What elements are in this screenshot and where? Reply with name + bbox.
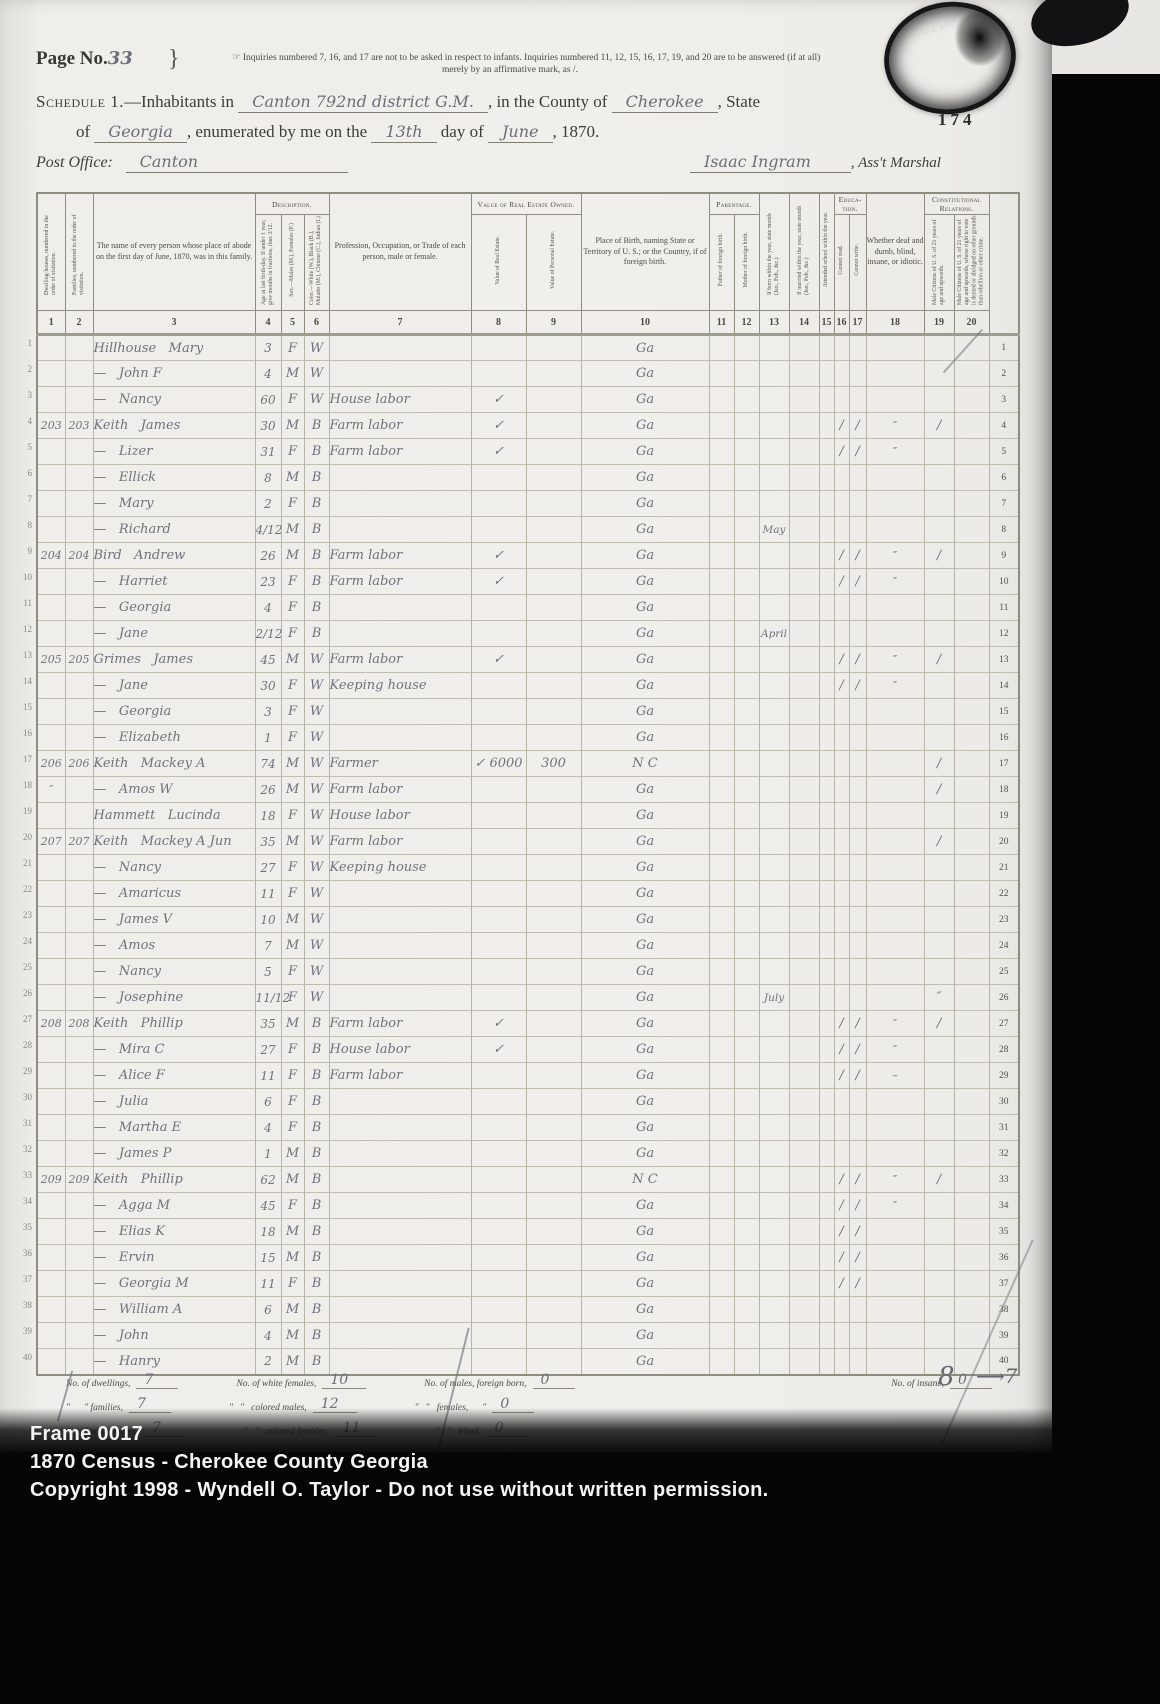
cell-c15	[819, 985, 834, 1011]
table-row: — Ervin15MBGa//36	[37, 1245, 1019, 1271]
schedule-line-2: of Georgia, enumerated by me on the 13th…	[76, 122, 599, 142]
cell-d	[37, 595, 65, 621]
cell-c19	[924, 1323, 954, 1349]
cell-d	[37, 1037, 65, 1063]
cell-re	[471, 673, 526, 699]
cell-c14	[789, 725, 819, 751]
cell-f	[65, 1323, 93, 1349]
cell-c12	[734, 543, 759, 569]
cell-c18	[866, 1219, 924, 1245]
cell-occ	[329, 361, 471, 387]
cell-c20	[954, 1089, 989, 1115]
cell-cl: W	[304, 673, 329, 699]
table-header: Dwelling-houses, numbered in the order o…	[37, 193, 1019, 335]
cell-sx: F	[281, 959, 304, 985]
cell-name: Keith Phillip	[93, 1011, 255, 1037]
cell-c14	[789, 959, 819, 985]
line-number-right: 24	[989, 933, 1019, 959]
cell-cl: B	[304, 1089, 329, 1115]
cell-c17	[849, 387, 866, 413]
cell-c17: /	[849, 1245, 866, 1271]
cell-c14	[789, 1141, 819, 1167]
cell-sx: F	[281, 1271, 304, 1297]
cell-re	[471, 1193, 526, 1219]
cell-age: 4/12	[255, 517, 281, 543]
cell-age: 4	[255, 1323, 281, 1349]
cell-c15	[819, 1167, 834, 1193]
cell-c19: /	[924, 1167, 954, 1193]
cell-bp: N C	[581, 751, 709, 777]
cell-c20	[954, 777, 989, 803]
cell-c18	[866, 595, 924, 621]
cell-d	[37, 439, 65, 465]
cell-pe	[526, 361, 581, 387]
cell-f	[65, 439, 93, 465]
cell-c11	[709, 413, 734, 439]
cell-re	[471, 907, 526, 933]
cell-re: ✓	[471, 1011, 526, 1037]
cell-c11	[709, 933, 734, 959]
header-name: The name of every person whose place of …	[93, 193, 255, 311]
line-number-right: 30	[989, 1089, 1019, 1115]
cell-c17	[849, 751, 866, 777]
cell-bp: Ga	[581, 933, 709, 959]
cell-c13	[759, 1245, 789, 1271]
cell-c17: /	[849, 439, 866, 465]
cell-c20	[954, 387, 989, 413]
cell-c17	[849, 1089, 866, 1115]
table-row: — Georgia M11FBGa//37	[37, 1271, 1019, 1297]
cell-c11	[709, 1011, 734, 1037]
table-row: — Harriet23FBFarm labor✓Ga//″10	[37, 569, 1019, 595]
cell-c18: ″	[866, 1037, 924, 1063]
cell-sx: F	[281, 673, 304, 699]
cell-bp: N C	[581, 1167, 709, 1193]
cell-pe	[526, 387, 581, 413]
cell-c11	[709, 1193, 734, 1219]
cell-pe	[526, 1271, 581, 1297]
header-personal-estate: Value of Personal Estate.	[526, 215, 581, 311]
line-number-left: 34	[18, 1188, 32, 1214]
cell-c20	[954, 1167, 989, 1193]
line-number-right: 32	[989, 1141, 1019, 1167]
cell-occ	[329, 491, 471, 517]
cell-pe	[526, 1323, 581, 1349]
cell-c16: /	[834, 543, 849, 569]
cell-c12	[734, 595, 759, 621]
line-number-right: 4	[989, 413, 1019, 439]
cell-sx: M	[281, 465, 304, 491]
cell-c12	[734, 387, 759, 413]
cell-age: 23	[255, 569, 281, 595]
cell-cl: W	[304, 933, 329, 959]
cell-d	[37, 985, 65, 1011]
table-row: — Josephine11/12FWGaJuly″26	[37, 985, 1019, 1011]
line-number-left: 13	[18, 642, 32, 668]
line-number-right: 5	[989, 439, 1019, 465]
cell-c11	[709, 387, 734, 413]
cell-name: — Nancy	[93, 959, 255, 985]
cell-c12	[734, 439, 759, 465]
line-number-right: 2	[989, 361, 1019, 387]
cell-c18: ″	[866, 1167, 924, 1193]
cell-c15	[819, 751, 834, 777]
cell-c16	[834, 725, 849, 751]
header-sex: Sex.—Males (M.), Females (F.)	[281, 215, 304, 311]
cell-c15	[819, 1245, 834, 1271]
cell-age: 11	[255, 881, 281, 907]
pencil-scribble: 8	[938, 1362, 955, 1392]
cell-name: — Mary	[93, 491, 255, 517]
cell-occ	[329, 465, 471, 491]
cell-c20	[954, 855, 989, 881]
cell-c13	[759, 1037, 789, 1063]
cell-re	[471, 465, 526, 491]
cell-f	[65, 1349, 93, 1375]
cell-f: 207	[65, 829, 93, 855]
cell-occ	[329, 1323, 471, 1349]
line-number-left: 14	[18, 668, 32, 694]
column-number: 14	[789, 311, 819, 335]
cell-re: ✓	[471, 543, 526, 569]
line-number-left: 19	[18, 798, 32, 824]
post-office-handwritten: Canton	[126, 152, 348, 173]
cell-d	[37, 517, 65, 543]
cell-re	[471, 335, 526, 361]
postal-stamp: SEP	[877, 0, 1023, 123]
line-number-left: 31	[18, 1110, 32, 1136]
cell-c12	[734, 1115, 759, 1141]
line-number-left: 2	[18, 356, 32, 382]
cell-name: Grimes James	[93, 647, 255, 673]
cell-c18	[866, 777, 924, 803]
table-row: — John F4MWGa2	[37, 361, 1019, 387]
cell-c14	[789, 387, 819, 413]
line-number-right: 28	[989, 1037, 1019, 1063]
line-number-left: 22	[18, 876, 32, 902]
cell-f	[65, 699, 93, 725]
cell-occ: Farm labor	[329, 1011, 471, 1037]
cell-c17: /	[849, 1011, 866, 1037]
cell-c13: April	[759, 621, 789, 647]
header-born-month: If born within the year, state month (Ja…	[759, 193, 789, 311]
cell-pe	[526, 829, 581, 855]
table-body: Hillhouse Mary3FWGa1— John F4MWGa2— Nanc…	[37, 335, 1019, 1375]
cell-c18	[866, 517, 924, 543]
header-real-estate: Value of Real Estate.	[471, 215, 526, 311]
cell-c16: /	[834, 1219, 849, 1245]
cell-c18: ″	[866, 439, 924, 465]
line-number-left: 23	[18, 902, 32, 928]
cell-c13	[759, 361, 789, 387]
header-group-value: Value of Real Estate Owned.	[471, 193, 581, 215]
cell-bp: Ga	[581, 491, 709, 517]
left-line-number-rail: 1234567891011121314151617181920212223242…	[18, 330, 32, 1370]
cell-bp: Ga	[581, 1323, 709, 1349]
cell-c17	[849, 777, 866, 803]
cell-d	[37, 1271, 65, 1297]
cell-f	[65, 777, 93, 803]
cell-bp: Ga	[581, 647, 709, 673]
cell-cl: B	[304, 1271, 329, 1297]
cell-c20	[954, 1245, 989, 1271]
cell-c19	[924, 881, 954, 907]
cell-name: Hillhouse Mary	[93, 335, 255, 361]
cell-c11	[709, 439, 734, 465]
cell-c20	[954, 803, 989, 829]
tally-label: No. of insane,	[891, 1379, 944, 1389]
cell-c16	[834, 855, 849, 881]
cell-c19: /	[924, 829, 954, 855]
cell-c19	[924, 517, 954, 543]
cell-cl: B	[304, 1349, 329, 1375]
table-row: — Georgia4FBGa11	[37, 595, 1019, 621]
cell-c20	[954, 439, 989, 465]
cell-occ	[329, 881, 471, 907]
cell-c13	[759, 1271, 789, 1297]
cell-age: 35	[255, 829, 281, 855]
cell-c20	[954, 1141, 989, 1167]
cell-c20	[954, 491, 989, 517]
line-number-left: 40	[18, 1344, 32, 1370]
cell-cl: W	[304, 803, 329, 829]
cell-c19	[924, 1245, 954, 1271]
cell-c14	[789, 439, 819, 465]
cell-name: — Ellick	[93, 465, 255, 491]
cell-name: — Lizer	[93, 439, 255, 465]
cell-pe	[526, 699, 581, 725]
cell-pe	[526, 1141, 581, 1167]
cell-c19	[924, 855, 954, 881]
line-number-right: 19	[989, 803, 1019, 829]
cell-name: — Richard	[93, 517, 255, 543]
cell-re	[471, 1141, 526, 1167]
cell-d	[37, 933, 65, 959]
cell-bp: Ga	[581, 1037, 709, 1063]
cell-re	[471, 361, 526, 387]
cell-cl: W	[304, 361, 329, 387]
cell-c17: /	[849, 647, 866, 673]
line-number-right: 14	[989, 673, 1019, 699]
cell-occ: Farm labor	[329, 777, 471, 803]
cell-c13	[759, 699, 789, 725]
header-male-citizens-denied: Male Citizens of U. S. of 21 years of ag…	[954, 215, 989, 311]
cell-c16	[834, 1115, 849, 1141]
cell-occ	[329, 621, 471, 647]
cell-c18	[866, 465, 924, 491]
cell-c12	[734, 1193, 759, 1219]
cell-name: — John F	[93, 361, 255, 387]
cell-c17: /	[849, 569, 866, 595]
header-group-description: Description.	[255, 193, 329, 215]
table-row: — Elizabeth1FWGa16	[37, 725, 1019, 751]
cell-occ	[329, 985, 471, 1011]
cell-cl: W	[304, 959, 329, 985]
cell-pe	[526, 881, 581, 907]
cell-occ: House labor	[329, 803, 471, 829]
cell-name: — Amaricus	[93, 881, 255, 907]
cell-c13	[759, 1115, 789, 1141]
cell-re	[471, 517, 526, 543]
census-page-scan: Page No.33 } ☞ Inquiries numbered 7, 16,…	[0, 0, 1052, 1452]
line-number-left: 21	[18, 850, 32, 876]
cell-d	[37, 387, 65, 413]
cell-c11	[709, 491, 734, 517]
cell-f	[65, 907, 93, 933]
cell-c15	[819, 855, 834, 881]
cell-bp: Ga	[581, 855, 709, 881]
cell-cl: B	[304, 1037, 329, 1063]
cell-pe	[526, 1089, 581, 1115]
line-number-right: 26	[989, 985, 1019, 1011]
cell-c13	[759, 829, 789, 855]
cell-c11	[709, 1349, 734, 1375]
line-number-left: 6	[18, 460, 32, 486]
cell-d	[37, 1349, 65, 1375]
cell-sx: F	[281, 881, 304, 907]
cell-c12	[734, 673, 759, 699]
cell-f	[65, 621, 93, 647]
table-row: — Julia6FBGa30	[37, 1089, 1019, 1115]
line-number-right: 36	[989, 1245, 1019, 1271]
page-number-label: Page No.	[36, 48, 108, 69]
cell-re: ✓	[471, 413, 526, 439]
cell-age: 11	[255, 1271, 281, 1297]
cell-pe	[526, 933, 581, 959]
cell-c18: ″	[866, 569, 924, 595]
cell-name: — Georgia	[93, 699, 255, 725]
cell-c17: /	[849, 543, 866, 569]
cell-c13	[759, 413, 789, 439]
line-number-left: 18	[18, 772, 32, 798]
cell-bp: Ga	[581, 621, 709, 647]
cell-c17	[849, 803, 866, 829]
cell-c13	[759, 673, 789, 699]
cell-c12	[734, 1323, 759, 1349]
cell-occ: Farm labor	[329, 413, 471, 439]
cell-c13	[759, 751, 789, 777]
cell-bp: Ga	[581, 699, 709, 725]
cell-c15	[819, 777, 834, 803]
cell-bp: Ga	[581, 361, 709, 387]
cell-c18: ″	[866, 413, 924, 439]
line-number-right: 16	[989, 725, 1019, 751]
cell-d	[37, 1219, 65, 1245]
line-number-left: 32	[18, 1136, 32, 1162]
cell-name: Keith James	[93, 413, 255, 439]
cell-c19	[924, 595, 954, 621]
cell-sx: M	[281, 751, 304, 777]
tally-label: No. of dwellings,	[66, 1379, 130, 1389]
cell-c11	[709, 1089, 734, 1115]
cell-c17: /	[849, 1271, 866, 1297]
cell-c16: /	[834, 1167, 849, 1193]
cell-sx: F	[281, 1115, 304, 1141]
cell-name: — Alice F	[93, 1063, 255, 1089]
cell-c14	[789, 569, 819, 595]
cell-c14	[789, 1271, 819, 1297]
cell-cl: B	[304, 491, 329, 517]
column-number: 3	[93, 311, 255, 335]
cell-c18	[866, 1349, 924, 1375]
column-number: 13	[759, 311, 789, 335]
cell-cl: B	[304, 1063, 329, 1089]
column-number-row: 1234567891011121314151617181920	[37, 311, 1019, 335]
cell-bp: Ga	[581, 595, 709, 621]
cell-c15	[819, 1115, 834, 1141]
cell-c12	[734, 725, 759, 751]
cell-f: 205	[65, 647, 93, 673]
caption-frame: Frame 0017	[30, 1420, 769, 1448]
cell-c16	[834, 985, 849, 1011]
pencil-scribble: ⟶7	[976, 1364, 1017, 1388]
cell-sx: M	[281, 413, 304, 439]
line-number-left: 16	[18, 720, 32, 746]
cell-name: — Nancy	[93, 855, 255, 881]
cell-c17: /	[849, 1037, 866, 1063]
cell-c20	[954, 933, 989, 959]
cell-c11	[709, 673, 734, 699]
cell-c20	[954, 413, 989, 439]
schedule-title: Schedule 1.	[36, 92, 124, 111]
cell-bp: Ga	[581, 803, 709, 829]
table-row: Hammett Lucinda18FWHouse laborGa19	[37, 803, 1019, 829]
cell-c12	[734, 1037, 759, 1063]
cell-c11	[709, 1219, 734, 1245]
cell-c16	[834, 881, 849, 907]
cell-bp: Ga	[581, 1011, 709, 1037]
cell-c13	[759, 1141, 789, 1167]
line-number-right: 10	[989, 569, 1019, 595]
cell-c12	[734, 1349, 759, 1375]
cell-re	[471, 1271, 526, 1297]
column-number: 2	[65, 311, 93, 335]
cell-c14	[789, 1323, 819, 1349]
cell-c17	[849, 621, 866, 647]
cell-cl: B	[304, 1297, 329, 1323]
cell-c16: /	[834, 1271, 849, 1297]
cell-pe	[526, 465, 581, 491]
column-number: 9	[526, 311, 581, 335]
cell-c15	[819, 881, 834, 907]
cell-occ	[329, 517, 471, 543]
cell-c12	[734, 1271, 759, 1297]
cell-re	[471, 1297, 526, 1323]
cell-age: 5	[255, 959, 281, 985]
cell-sx: F	[281, 855, 304, 881]
cell-c12	[734, 855, 759, 881]
cell-f	[65, 465, 93, 491]
cell-re: ✓	[471, 439, 526, 465]
cell-sx: M	[281, 517, 304, 543]
cell-age: 4	[255, 361, 281, 387]
cell-c14	[789, 621, 819, 647]
cell-c11	[709, 803, 734, 829]
cell-cl: W	[304, 335, 329, 361]
cell-f	[65, 985, 93, 1011]
cell-c13	[759, 1349, 789, 1375]
cell-c17	[849, 907, 866, 933]
header-family: Families, numbered in the order of visit…	[65, 193, 93, 311]
cell-c11	[709, 1245, 734, 1271]
cell-f	[65, 725, 93, 751]
county-label: , in the County of	[488, 92, 607, 111]
cell-re: ✓	[471, 647, 526, 673]
column-number: 20	[954, 311, 989, 335]
marshal-name-handwritten: Isaac Ingram	[690, 152, 851, 173]
cell-c15	[819, 413, 834, 439]
cell-c19	[924, 439, 954, 465]
